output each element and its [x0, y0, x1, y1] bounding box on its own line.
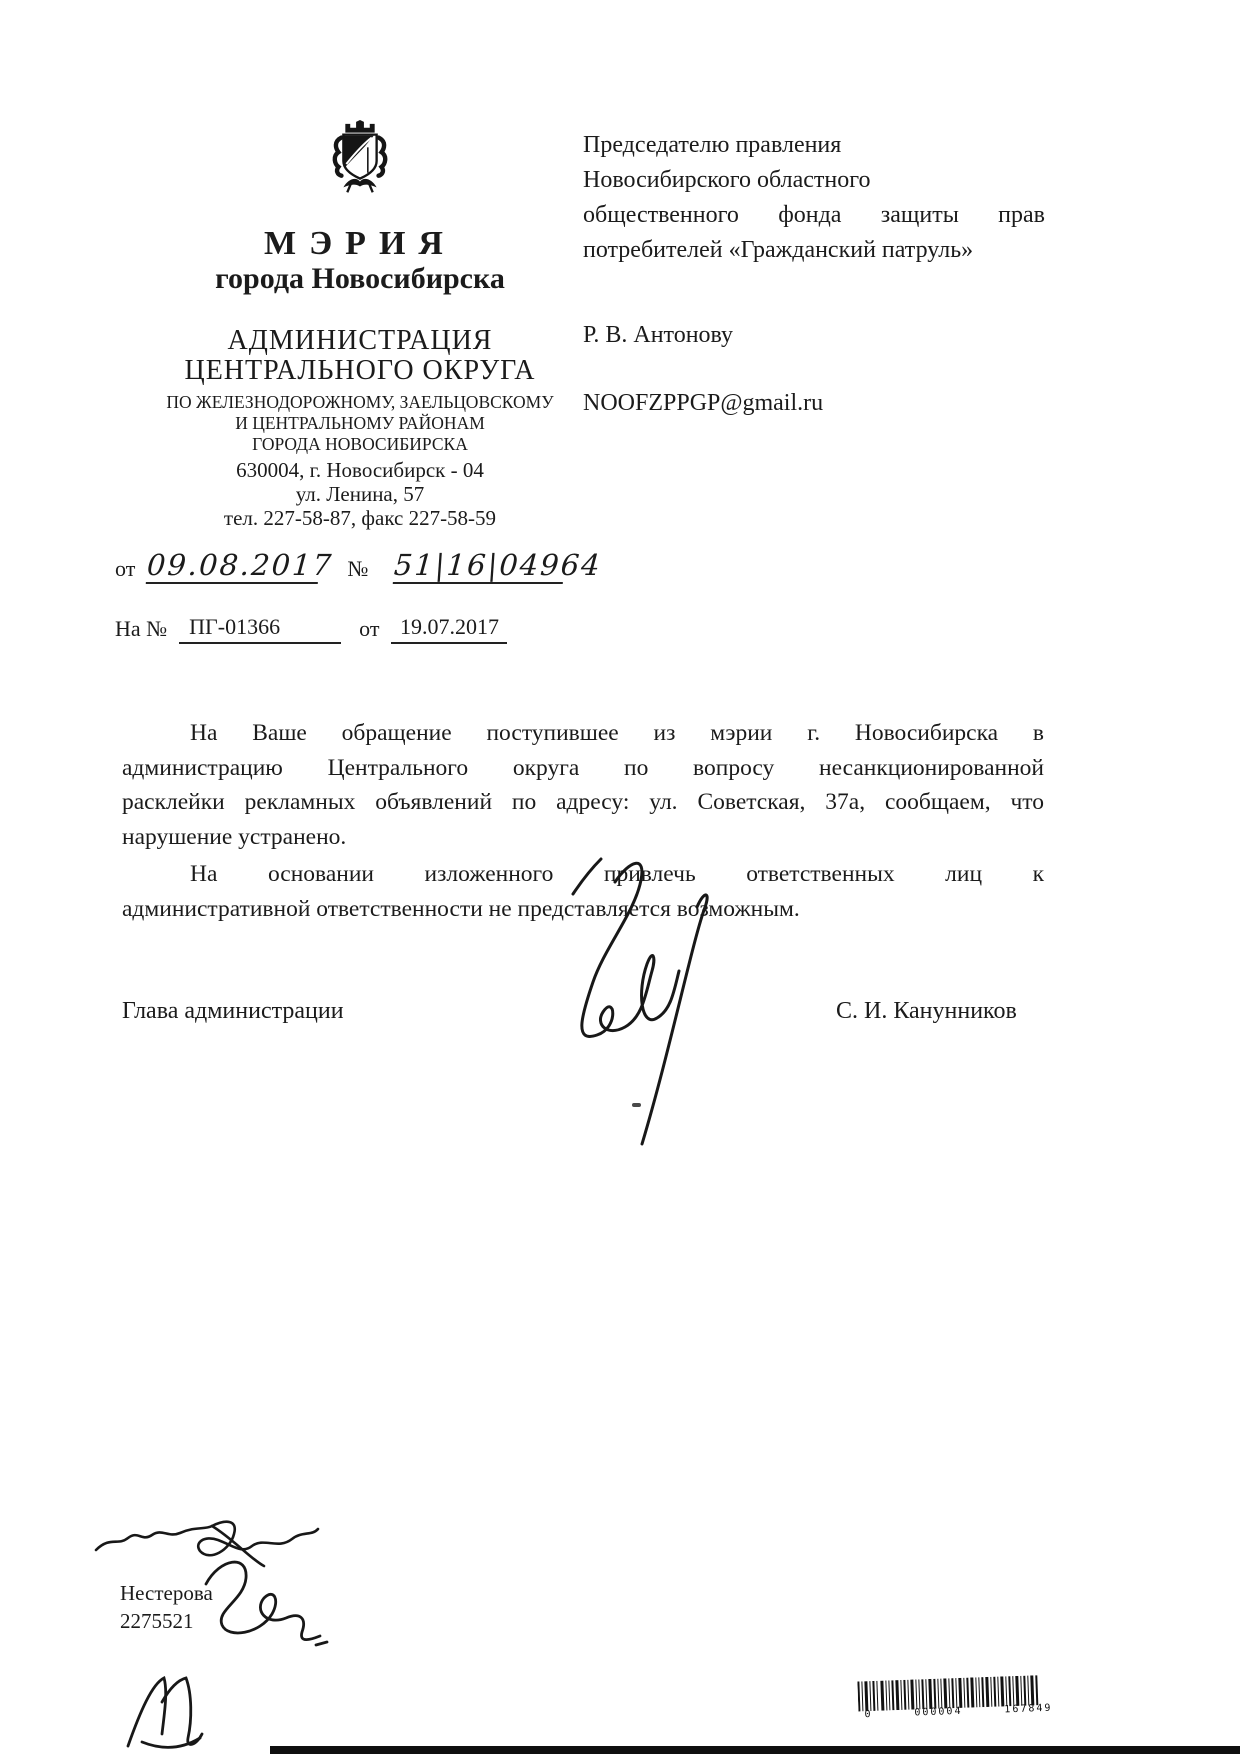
recipient-name: Р. В. Антонову: [583, 318, 1045, 352]
phone-fax-line: тел. 227-58-87, факс 227-58-59: [115, 506, 605, 530]
scan-edge-strip: [270, 1746, 1240, 1754]
reply-from-label: от: [359, 614, 379, 644]
barcode: 0 000004 167849: [857, 1675, 1058, 1721]
scanned-letter-page: МЭРИЯ города Новосибирска АДМИНИСТРАЦИЯ …: [0, 0, 1240, 1754]
recipient-email: NOOFZPPGP@gmail.ru: [583, 386, 1045, 420]
recipient-line-4: потребителей «Гражданский патруль»: [583, 233, 1045, 268]
novosibirsk-coat-of-arms-icon: [310, 118, 410, 206]
barcode-digits-group1: 000004: [914, 1706, 962, 1719]
reply-date: 19.07.2017: [391, 612, 507, 644]
executor-scribble-middle: [198, 1552, 330, 1658]
recipient-line-2: Новосибирского областного: [583, 163, 1045, 198]
barcode-digits-group2: 167849: [1004, 1703, 1052, 1716]
paragraph-1: На Ваше обращение поступившее из мэрии г…: [122, 716, 1044, 854]
signer-title: Глава администрации: [122, 998, 344, 1025]
kanunnikov-signature: [545, 852, 780, 1152]
p1-line-1: На Ваше обращение поступившее из мэрии г…: [122, 716, 1044, 751]
from-label: от: [115, 554, 135, 584]
handwritten-date: 09.08.2017: [146, 548, 321, 584]
districts-line-2: И ЦЕНТРАЛЬНОМУ РАЙОНАМ: [115, 413, 605, 434]
street-address: ул. Ленина, 57: [115, 482, 605, 506]
p1-line-2: администрацию Центрального округа по воп…: [122, 751, 1044, 786]
org-city: города Новосибирска: [115, 262, 605, 296]
recipient-line-1: Председателю правления: [583, 128, 1045, 163]
org-name: МЭРИЯ: [115, 226, 605, 262]
outgoing-reference-line: от 09.08.2017 № 51|16|04964: [115, 548, 615, 584]
reply-number: ПГ-01366: [179, 612, 341, 644]
executor-phone: 2275521: [120, 1608, 194, 1634]
letterhead-block: МЭРИЯ города Новосибирска АДМИНИСТРАЦИЯ …: [115, 118, 605, 530]
reply-label: На №: [115, 614, 167, 644]
p1-line-4: нарушение устранено.: [122, 820, 1044, 855]
p1-line-3: расклейки рекламных объявлений по адресу…: [122, 785, 1044, 820]
recipient-line-3: общественного фонда защиты прав: [583, 198, 1045, 233]
signer-name: С. И. Канунников: [836, 998, 1017, 1025]
barcode-digit-prefix: 0: [864, 1709, 872, 1720]
number-label: №: [347, 554, 368, 584]
recipient-block: Председателю правления Новосибирского об…: [583, 128, 1045, 420]
districts-line-1: ПО ЖЕЛЕЗНОДОРОЖНОМУ, ЗАЕЛЬЦОВСКОМУ: [115, 392, 605, 413]
dept-line-1: АДМИНИСТРАЦИЯ: [115, 326, 605, 356]
postal-address: 630004, г. Новосибирск - 04: [115, 458, 605, 482]
scan-artifact-dot: [632, 1103, 641, 1107]
reply-reference-line: На № ПГ-01366 от 19.07.2017: [115, 612, 615, 644]
districts-line-3: ГОРОДА НОВОСИБИРСКА: [115, 434, 605, 455]
executor-scribble-bottom: [122, 1672, 237, 1752]
dept-line-2: ЦЕНТРАЛЬНОГО ОКРУГА: [115, 356, 605, 386]
handwritten-number: 51|16|04964: [393, 548, 566, 584]
